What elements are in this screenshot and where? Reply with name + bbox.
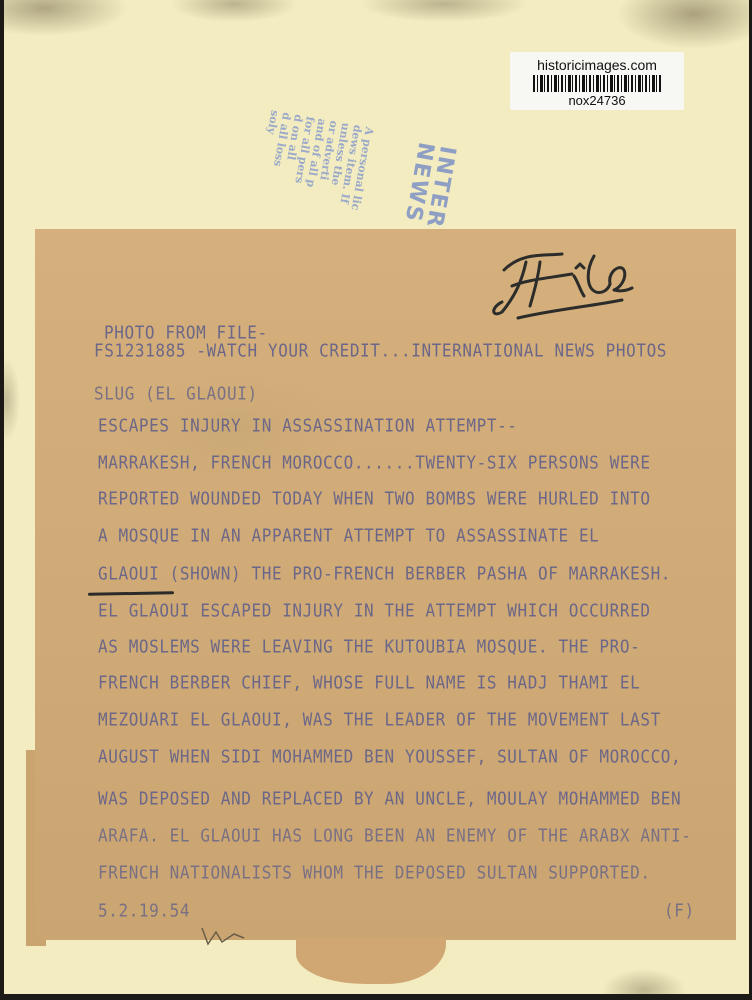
caption-line-body-7: FRENCH BERBER CHIEF, WHOSE FULL NAME IS …	[98, 672, 640, 693]
caption-line-body-3: A MOSQUE IN AN APPARENT ATTEMPT TO ASSAS…	[98, 525, 599, 546]
caption-code: (F)	[664, 900, 695, 921]
caption-line-body-10: WAS DEPOSED AND REPLACED BY AN UNCLE, MO…	[98, 788, 681, 809]
caption-line-body-4: GLAOUI (SHOWN) THE PRO-FRENCH BERBER PAS…	[98, 563, 671, 584]
caption-line-body-9: AUGUST WHEN SIDI MOHAMMED BEN YOUSSEF, S…	[98, 746, 681, 767]
archive-barcode-label: historicimages.com nox24736	[510, 52, 684, 110]
caption-line-headline: ESCAPES INJURY IN ASSASSINATION ATTEMPT-…	[98, 415, 518, 436]
label-code: nox24736	[510, 93, 684, 108]
caption-line-body-1: MARRAKESH, FRENCH MOROCCO......TWENTY-SI…	[98, 452, 651, 473]
caption-date: 5.2.19.54	[98, 900, 190, 921]
caption-line-body-2: REPORTED WOUNDED TODAY WHEN TWO BOMBS WE…	[98, 488, 651, 509]
caption-line-body-5: EL GLAOUI ESCAPED INJURY IN THE ATTEMPT …	[98, 600, 651, 621]
caption-line-slug: SLUG (EL GLAOUI)	[94, 383, 258, 404]
caption-line-credit: FS1231885 -WATCH YOUR CREDIT...INTERNATI…	[94, 340, 667, 361]
caption-line-body-12: FRENCH NATIONALISTS WHOM THE DEPOSED SUL…	[98, 862, 651, 883]
caption-line-body-6: AS MOSLEMS WERE LEAVING THE KUTOUBIA MOS…	[98, 636, 640, 657]
label-site: historicimages.com	[510, 57, 684, 73]
handwritten-file-note: File	[482, 240, 642, 320]
caption-line-body-8: MEZOUARI EL GLAOUI, WAS THE LEADER OF TH…	[98, 709, 661, 730]
pencil-initials	[200, 924, 250, 948]
caption-line-body-11: ARAFA. EL GLAOUI HAS LONG BEEN AN ENEMY …	[98, 825, 692, 846]
barcode	[533, 75, 661, 92]
